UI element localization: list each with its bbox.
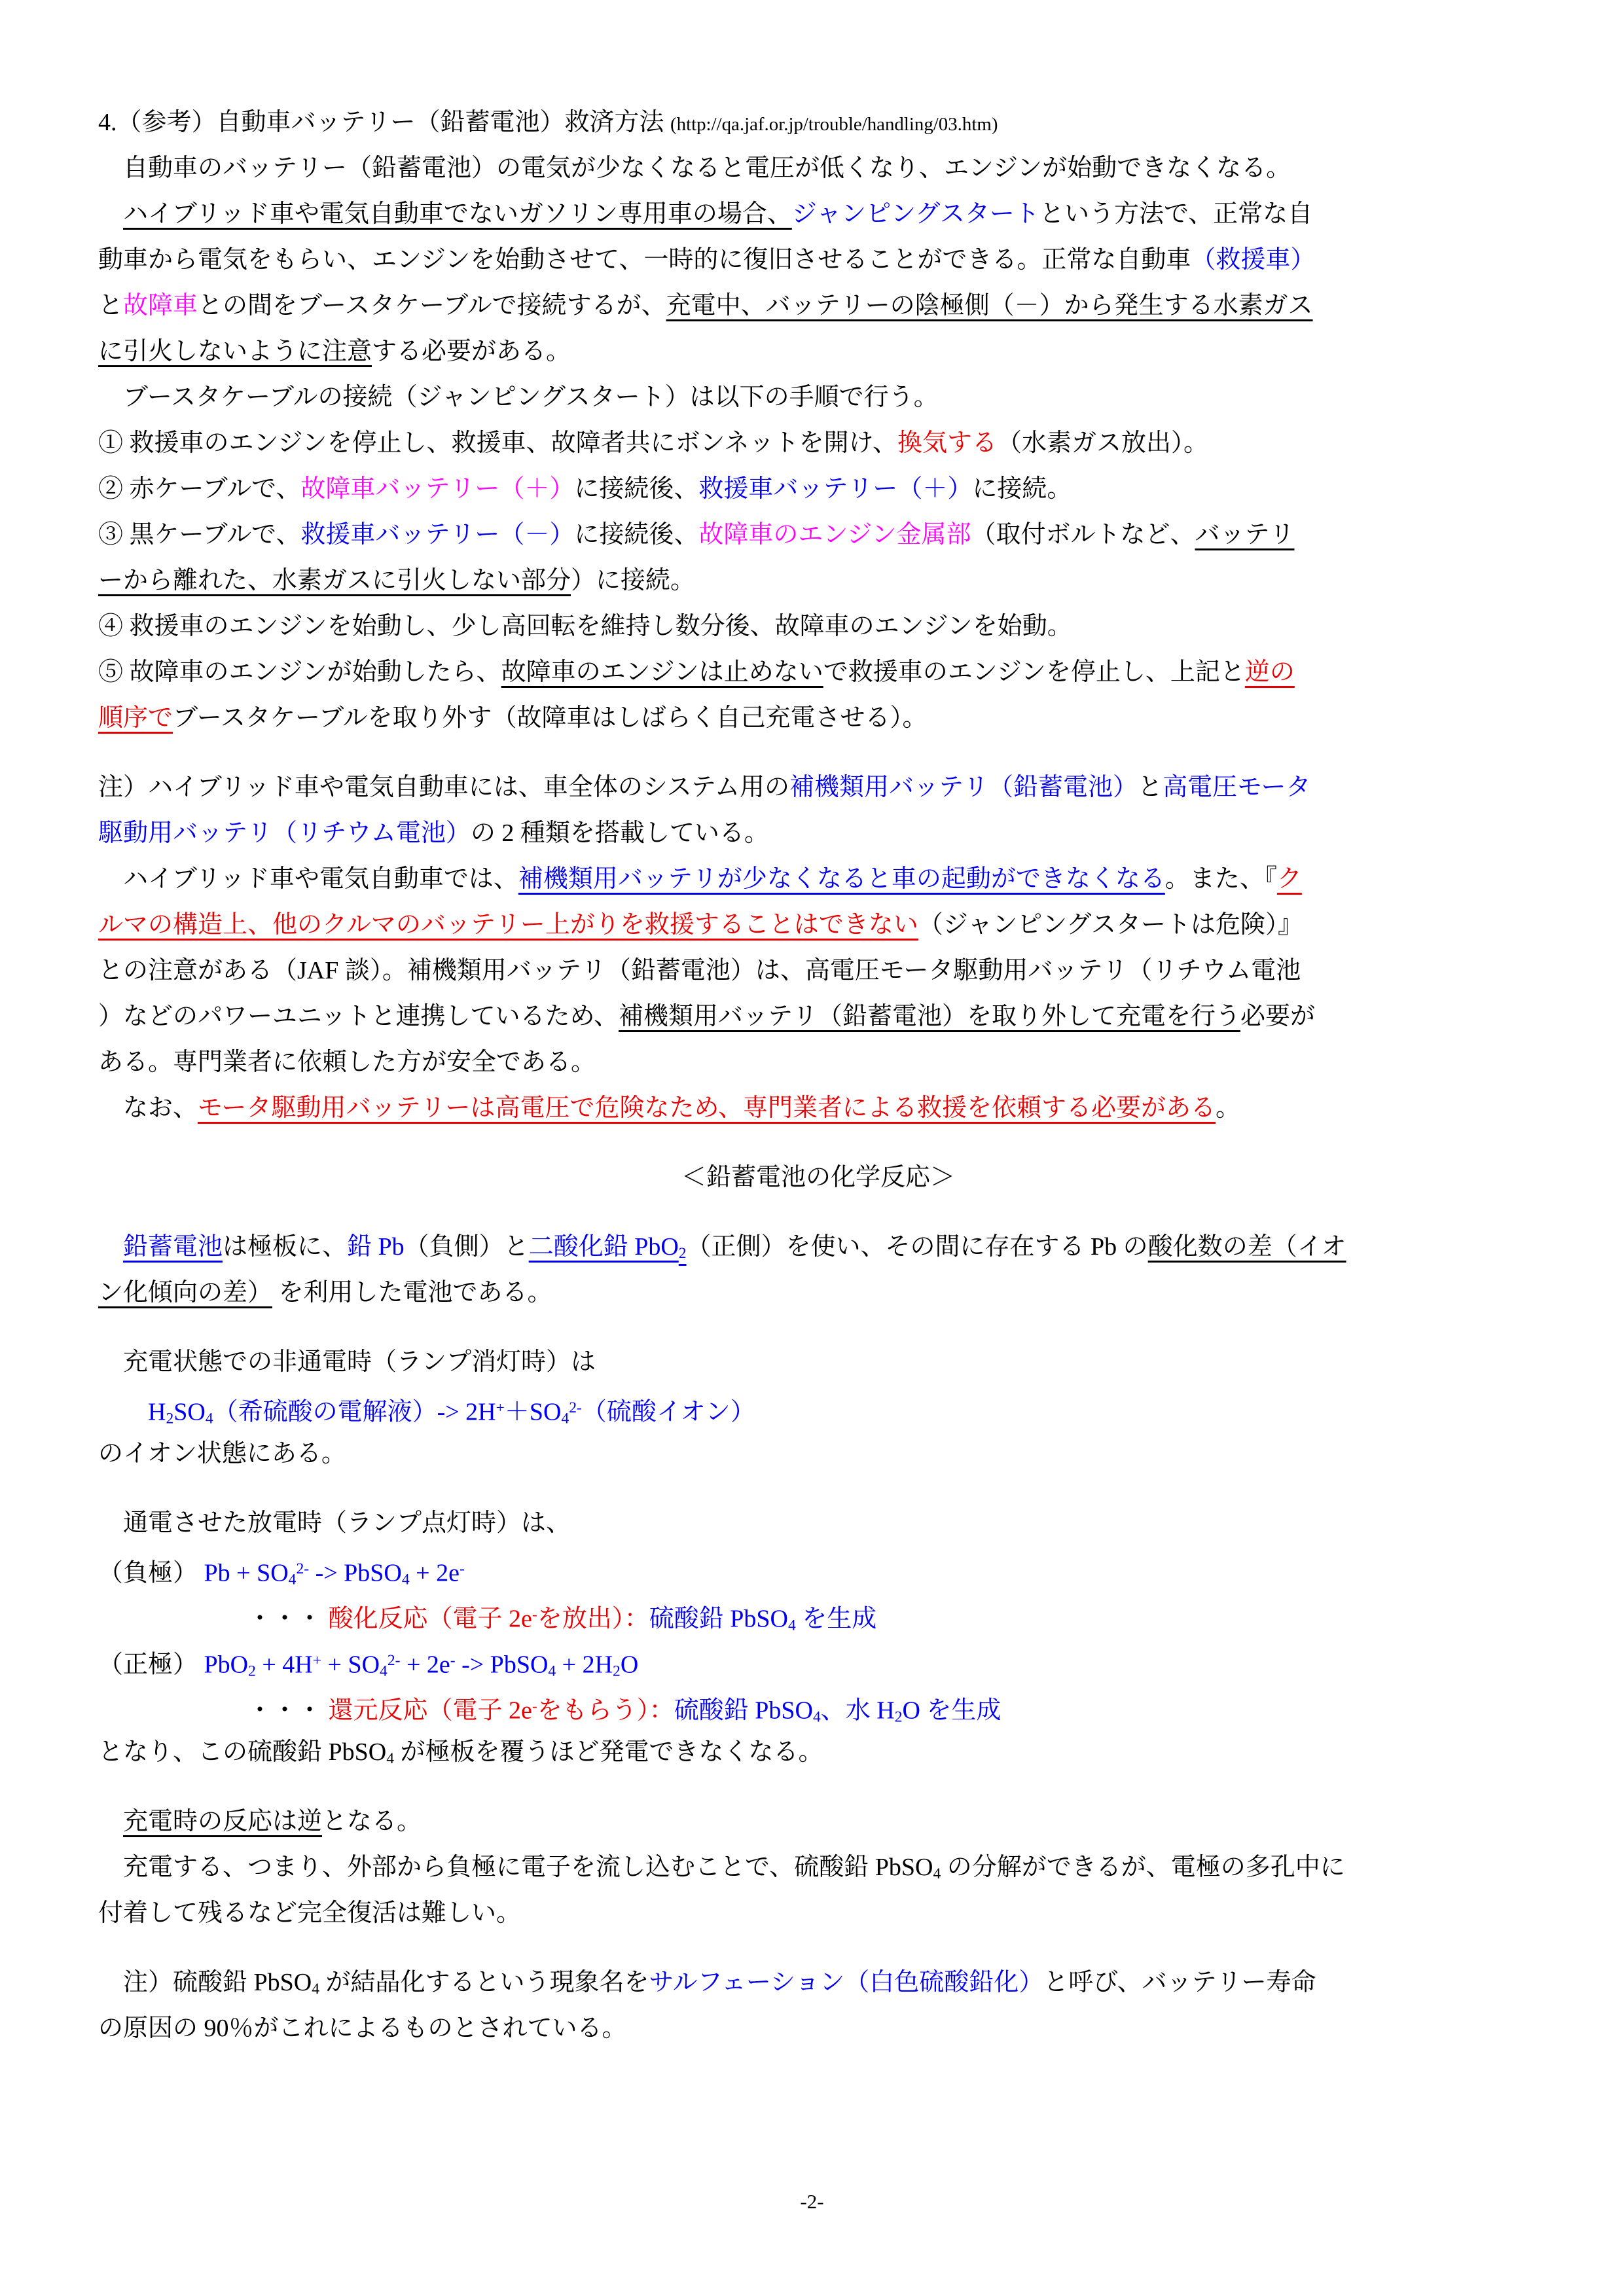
text-segment: 。また、『 — [1165, 865, 1277, 893]
text-line: H2SO4（希硫酸の電解液）-> 2H+＋SO42-（硫酸イオン） — [98, 1385, 1538, 1431]
text-segment: で救援車のエンジンを停止し、上記と — [823, 658, 1245, 686]
text-segment: ① 救援車のエンジンを停止し、救援車、故障者共にボンネットを開け、 — [98, 429, 897, 457]
text-segment: （取付ボルトなど、 — [971, 521, 1195, 548]
text-segment: （正側）を使い、その間に存在する Pb の — [687, 1233, 1148, 1261]
text-segment: に接続後、 — [574, 521, 698, 548]
text-line: のイオン状態にある。 — [98, 1431, 1538, 1477]
text-line: ＜鉛蓄電池の化学反応＞ — [98, 1155, 1538, 1200]
text-segment: 酸化数の差（イオ — [1148, 1233, 1346, 1261]
text-segment: 故障車のエンジンは止めない — [501, 658, 823, 686]
document-body: 4.（参考）自動車バッテリー（鉛蓄電池）救済方法 (http://qa.jaf.… — [98, 99, 1538, 2051]
text-line: ④ 救援車のエンジンを始動し、少し高回転を維持し数分後、故障車のエンジンを始動。 — [98, 603, 1538, 649]
text-line: の原因の 90％がこれによるものとされている。 — [98, 2005, 1538, 2051]
text-line: ハイブリッド車や電気自動車でないガソリン専用車の場合、ジャンピングスタートという… — [98, 191, 1538, 237]
text-segment: 鉛 Pb — [347, 1233, 405, 1261]
text-segment: 鉛蓄電池 — [123, 1233, 223, 1261]
text-segment: （負側）と — [405, 1233, 529, 1261]
blank-line — [98, 741, 1538, 764]
text-segment: 2 — [166, 1410, 173, 1427]
text-segment: モータ駆動用バッテリーは高電圧で危険なため、専門業者による救援を依頼する必要があ… — [198, 1094, 1216, 1122]
text-segment: 故障車バッテリー（＋） — [300, 475, 574, 503]
text-segment: - — [450, 1652, 456, 1669]
text-line: ン化傾向の差） を利用した電池である。 — [98, 1270, 1538, 1316]
blank-line — [98, 1775, 1538, 1799]
text-segment: 2- — [388, 1652, 401, 1669]
text-segment: - — [532, 1606, 537, 1623]
text-segment: を生成 — [796, 1605, 877, 1632]
text-segment: Pb + SO — [198, 1559, 289, 1587]
text-segment: をもらう）： — [537, 1696, 674, 1724]
text-segment: 4 — [386, 1750, 394, 1767]
text-segment: 4 — [380, 1662, 388, 1679]
text-segment: ③ 黒ケーブルで、 — [98, 521, 300, 548]
text-segment: 補機類用バッテリ（鉛蓄電池）を取り外して充電を行う — [619, 1003, 1240, 1030]
text-segment: + — [496, 1399, 505, 1416]
text-segment: ＋SO — [505, 1398, 562, 1426]
text-segment: が極板を覆うほど発電できなくなる。 — [394, 1738, 823, 1766]
text-line: ③ 黒ケーブルで、救援車バッテリー（－）に接続後、故障車のエンジン金属部（取付ボ… — [98, 512, 1538, 558]
text-segment: 4 — [548, 1662, 556, 1679]
text-line: ・・・ 還元反応（電子 2e-をもらう）：硫酸鉛 PbSO4、水 H2O を生成 — [98, 1683, 1538, 1729]
text-segment: 4 — [289, 1571, 297, 1588]
text-segment: 硫酸鉛 PbSO — [674, 1696, 813, 1724]
text-line: と故障車との間をブースタケーブルで接続するが、充電中、バッテリーの陰極側（－）か… — [98, 283, 1538, 329]
text-segment: 補機類用バッテリ（鉛蓄電池） — [789, 774, 1138, 801]
text-segment: なお、 — [123, 1094, 198, 1122]
text-segment: （ジャンピングスタートは危険）』 — [918, 911, 1303, 939]
text-segment: -> PbSO — [456, 1651, 549, 1678]
text-segment: 充電状態での非通電時（ランプ消灯時）は — [123, 1348, 596, 1376]
text-segment: ・・・ — [247, 1696, 329, 1724]
text-line: 4.（参考）自動車バッテリー（鉛蓄電池）救済方法 (http://qa.jaf.… — [98, 99, 1538, 145]
text-segment: 充電する、つまり、外部から負極に電子を流し込むことで、硫酸鉛 PbSO — [123, 1854, 933, 1881]
text-segment: 4 — [312, 1981, 319, 1998]
text-segment: 自動車のバッテリー（鉛蓄電池）の電気が少なくなると電圧が低くなり、エンジンが始動… — [123, 154, 1291, 182]
text-segment: 二酸化鉛 PbO — [529, 1233, 679, 1261]
text-segment: + SO — [321, 1651, 380, 1678]
text-segment: に接続。 — [972, 475, 1072, 503]
text-segment: + 4H — [256, 1651, 313, 1678]
text-segment: ルマの構造上、他のクルマのバッテリー上がりを救援することはできない — [98, 911, 918, 939]
text-segment: 故障車 — [123, 292, 198, 319]
text-segment: の原因の 90％がこれによるものとされている。 — [98, 2015, 627, 2042]
text-segment: 4 — [402, 1571, 410, 1588]
text-segment: SO — [173, 1398, 206, 1426]
text-segment: 動車から電気をもらい、エンジンを始動させて、一時的に復旧させることができる。正常… — [98, 246, 1191, 274]
text-segment: バッテリ — [1195, 521, 1294, 548]
text-segment: 、水 H — [821, 1696, 895, 1724]
text-segment: 充電時の反応は逆 — [123, 1808, 322, 1835]
text-line: 充電時の反応は逆となる。 — [98, 1799, 1538, 1844]
text-line: 鉛蓄電池は極板に、鉛 Pb（負側）と二酸化鉛 PbO2（正側）を使い、その間に存… — [98, 1224, 1538, 1270]
text-line: ルマの構造上、他のクルマのバッテリー上がりを救援することはできない（ジャンピング… — [98, 902, 1538, 948]
text-segment: との間をブースタケーブルで接続するが、 — [198, 292, 666, 319]
text-line: ハイブリッド車や電気自動車では、補機類用バッテリが少なくなると車の起動ができなく… — [98, 856, 1538, 902]
text-line: 駆動用バッテリ（リチウム電池）の 2 種類を搭載している。 — [98, 810, 1538, 856]
text-line: 付着して残るなど完全復活は難しい。 — [98, 1890, 1538, 1936]
text-segment: ーから離れた、水素ガスに引火しない部分 — [98, 567, 571, 594]
text-line: ② 赤ケーブルで、故障車バッテリー（＋）に接続後、救援車バッテリー（＋）に接続。 — [98, 466, 1538, 512]
text-segment: 酸化反応（電子 2e — [329, 1605, 532, 1632]
text-line: なお、モータ駆動用バッテリーは高電圧で危険なため、専門業者による救援を依頼する必… — [98, 1085, 1538, 1131]
text-segment: 故障車のエンジン金属部 — [698, 521, 971, 548]
blank-line — [98, 1131, 1538, 1155]
text-segment: する必要がある。 — [372, 338, 571, 365]
text-segment: ハイブリッド車や電気自動車では、 — [123, 865, 518, 893]
blank-line — [98, 1936, 1538, 1960]
text-segment: ⑤ 故障車のエンジンが始動したら、 — [98, 658, 501, 686]
text-segment: ② 赤ケーブルで、 — [98, 475, 300, 503]
text-segment: （硫酸イオン） — [582, 1398, 755, 1426]
text-segment: H — [148, 1398, 166, 1426]
text-segment: O — [621, 1651, 638, 1678]
text-segment: 注）硫酸鉛 PbSO — [123, 1969, 312, 1996]
text-segment: 4.（参考）自動車バッテリー（鉛蓄電池）救済方法 — [98, 109, 664, 136]
text-segment: のイオン状態にある。 — [98, 1440, 346, 1467]
text-segment: 付着して残るなど完全復活は難しい。 — [98, 1899, 521, 1927]
text-segment: という方法で、正常な自 — [1039, 200, 1312, 228]
text-segment: + 2e — [410, 1559, 460, 1587]
text-segment: 2 — [248, 1662, 256, 1679]
text-line: に引火しないように注意する必要がある。 — [98, 329, 1538, 374]
text-segment: 硫酸鉛 PbSO — [649, 1605, 788, 1632]
text-segment: 換気する — [897, 429, 997, 457]
text-segment: との注意がある（JAF 談）。補機類用バッテリ（鉛蓄電池）は、高電圧モータ駆動用… — [98, 957, 1301, 984]
text-segment: 2- — [569, 1399, 582, 1416]
document-page: { "colors": { "black": "#000000", "blue"… — [0, 0, 1624, 2296]
text-segment: ン化傾向の差） — [98, 1279, 272, 1306]
text-line: ⑤ 故障車のエンジンが始動したら、故障車のエンジンは止めないで救援車のエンジンを… — [98, 649, 1538, 695]
text-segment: + 2H — [556, 1651, 613, 1678]
text-segment: ジャンピングスタート — [792, 200, 1039, 228]
text-line: ある。専門業者に依頼した方が安全である。 — [98, 1039, 1538, 1085]
text-line: （負極） Pb + SO42- -> PbSO4 + 2e- — [98, 1546, 1538, 1592]
text-segment: PbO — [198, 1651, 248, 1678]
text-segment: ク — [1277, 865, 1302, 893]
blank-line — [98, 1477, 1538, 1500]
text-segment: - — [532, 1698, 537, 1715]
text-segment: 充電中、バッテリーの陰極側（－）から発生する水素ガス — [666, 292, 1313, 319]
text-segment: サルフェーション（白色硫酸鉛化） — [649, 1969, 1044, 1996]
text-segment: + 2e — [400, 1651, 450, 1678]
text-line: 充電状態での非通電時（ランプ消灯時）は — [98, 1339, 1538, 1385]
text-segment: O を生成 — [902, 1696, 1001, 1724]
text-segment: の分解ができるが、電極の多孔中に — [941, 1854, 1345, 1881]
text-segment: ブースタケーブルを取り外す（故障車はしばらく自己充電させる）。 — [173, 704, 928, 732]
text-segment: 2- — [296, 1560, 309, 1577]
text-segment: （希硫酸の電解液）-> 2H — [213, 1398, 496, 1426]
text-segment: （水素ガス放出）。 — [997, 429, 1208, 457]
text-line: となり、この硫酸鉛 PbSO4 が極板を覆うほど発電できなくなる。 — [98, 1729, 1538, 1775]
text-segment: 2 — [895, 1708, 903, 1725]
text-line: ブースタケーブルの接続（ジャンピングスタート）は以下の手順で行う。 — [98, 374, 1538, 420]
text-segment: ）に接続。 — [571, 567, 695, 594]
text-line: 順序でブースタケーブルを取り外す（故障車はしばらく自己充電させる）。 — [98, 695, 1538, 741]
text-line: ・・・ 酸化反応（電子 2e-を放出）：硫酸鉛 PbSO4 を生成 — [98, 1592, 1538, 1638]
text-segment: ・・・ — [247, 1605, 329, 1632]
blank-line — [98, 1316, 1538, 1339]
text-segment: + — [313, 1652, 321, 1669]
text-line: 通電させた放電時（ランプ点灯時）は、 — [98, 1500, 1538, 1546]
text-segment: （救援車） — [1191, 246, 1315, 274]
text-segment: 4 — [933, 1865, 941, 1882]
text-segment: ④ 救援車のエンジンを始動し、少し高回転を維持し数分後、故障車のエンジンを始動。 — [98, 613, 1072, 640]
text-segment: 通電させた放電時（ランプ点灯時）は、 — [123, 1509, 571, 1537]
text-line: ーから離れた、水素ガスに引火しない部分）に接続。 — [98, 558, 1538, 603]
text-segment: 駆動用バッテリ（リチウム電池） — [98, 819, 471, 847]
text-segment: ブースタケーブルの接続（ジャンピングスタート）は以下の手順で行う。 — [123, 384, 939, 411]
text-segment: に引火しないように注意 — [98, 338, 372, 365]
page-number: -2- — [0, 2190, 1624, 2214]
text-segment: 4 — [206, 1410, 213, 1427]
text-line: 充電する、つまり、外部から負極に電子を流し込むことで、硫酸鉛 PbSO4 の分解… — [98, 1844, 1538, 1890]
text-segment: の 2 種類を搭載している。 — [471, 819, 769, 847]
text-segment: 救援車バッテリー（－） — [300, 521, 574, 548]
text-line: との注意がある（JAF 談）。補機類用バッテリ（鉛蓄電池）は、高電圧モータ駆動用… — [98, 948, 1538, 994]
text-line: （正極） PbO2 + 4H+ + SO42- + 2e- -> PbSO4 +… — [98, 1638, 1538, 1683]
text-segment: ＜鉛蓄電池の化学反応＞ — [681, 1164, 955, 1191]
text-segment: 順序で — [98, 704, 173, 732]
text-segment: に接続後、 — [574, 475, 698, 503]
text-segment: （正極） — [98, 1651, 198, 1678]
text-line: ）などのパワーユニットと連携しているため、補機類用バッテリ（鉛蓄電池）を取り外し… — [98, 994, 1538, 1039]
text-segment: ある。専門業者に依頼した方が安全である。 — [98, 1049, 596, 1076]
text-segment: と — [1138, 774, 1163, 801]
text-segment: と — [98, 292, 123, 319]
text-segment: は極板に、 — [223, 1233, 347, 1261]
text-segment: 4 — [788, 1617, 796, 1634]
text-segment: 4 — [561, 1410, 569, 1427]
text-segment: 注）ハイブリッド車や電気自動車には、車全体のシステム用の — [98, 774, 789, 801]
text-segment: 必要が — [1240, 1003, 1315, 1030]
text-line: 自動車のバッテリー（鉛蓄電池）の電気が少なくなると電圧が低くなり、エンジンが始動… — [98, 145, 1538, 191]
text-segment: 2 — [613, 1662, 621, 1679]
text-line: ① 救援車のエンジンを停止し、救援車、故障者共にボンネットを開け、換気する（水素… — [98, 420, 1538, 466]
text-segment: -> PbSO — [309, 1559, 402, 1587]
text-segment: ハイブリッド車や電気自動車でないガソリン専用車の場合、 — [123, 200, 792, 228]
text-segment: と呼び、バッテリー寿命 — [1043, 1969, 1316, 1996]
text-segment: 補機類用バッテリが少なくなると車の起動ができなくなる — [518, 865, 1165, 893]
text-segment: (http://qa.jaf.or.jp/trouble/handling/03… — [670, 114, 998, 135]
text-segment: - — [460, 1560, 465, 1577]
text-segment: 逆の — [1245, 658, 1295, 686]
text-line: 動車から電気をもらい、エンジンを始動させて、一時的に復旧させることができる。正常… — [98, 237, 1538, 283]
text-segment: 2 — [679, 1245, 687, 1262]
text-line: 注）硫酸鉛 PbSO4 が結晶化するという現象名をサルフェーション（白色硫酸鉛化… — [98, 1960, 1538, 2005]
text-segment: 還元反応（電子 2e — [329, 1696, 532, 1724]
text-segment: となり、この硫酸鉛 PbSO — [98, 1738, 386, 1766]
text-segment: を放出）： — [537, 1605, 649, 1632]
text-segment: 。 — [1216, 1094, 1240, 1122]
text-segment: が結晶化するという現象名を — [319, 1969, 649, 1996]
text-segment: となる。 — [322, 1808, 422, 1835]
text-segment: を利用した電池である。 — [272, 1279, 552, 1306]
text-line: 注）ハイブリッド車や電気自動車には、車全体のシステム用の補機類用バッテリ（鉛蓄電… — [98, 764, 1538, 810]
text-segment: 救援車バッテリー（＋） — [698, 475, 972, 503]
text-segment: ）などのパワーユニットと連携しているため、 — [98, 1003, 619, 1030]
text-segment — [664, 109, 671, 136]
text-segment: 4 — [813, 1708, 821, 1725]
text-segment: 高電圧モータ — [1163, 774, 1310, 801]
text-segment: （負極） — [98, 1559, 198, 1587]
blank-line — [98, 1200, 1538, 1224]
